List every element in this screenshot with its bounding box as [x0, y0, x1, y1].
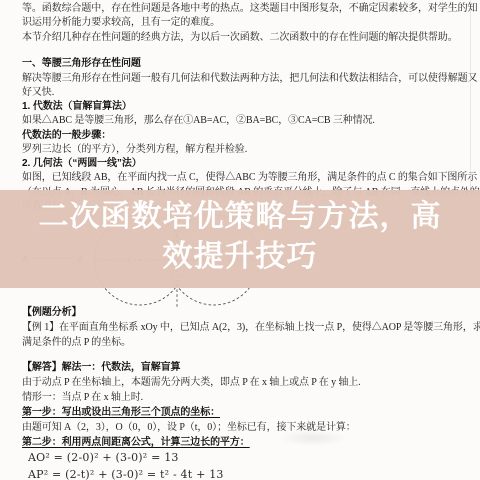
text-line: 由题可知 A（2，3），O（0，0），设 P（t，0）；坐标已有，接下来就是计算…	[22, 420, 466, 435]
text-line: 第二步：利用两点间距离公式，计算三边长的平方：	[22, 435, 466, 450]
text-line: 2. 几何法（“两圆一线”法）	[22, 157, 466, 171]
text-line: AO² = (2-0)² + (3-0)² = 13	[22, 450, 466, 467]
text-line: AP² = (2-t)² + (3-0)² = t² - 4t + 13	[22, 467, 466, 480]
text-line: 【例 1】在平面直角坐标系 xOy 中，已知点 A(2，3)，在坐标轴上找一点 …	[22, 320, 466, 335]
document-bottom-text: 【例题分析】【例 1】在平面直角坐标系 xOy 中，已知点 A(2，3)，在坐标…	[22, 305, 466, 480]
text-line: 本节介绍几种存在性问题的经典方法，为以后一次函数、二次函数中的存在性问题的解决提…	[22, 31, 466, 45]
text-line: 罗列三边长（的平方），分类列方程，解方程并检验.	[22, 143, 466, 157]
banner-title: 二次函数培优策略与方法，高 效提升技巧	[0, 190, 480, 277]
scanned-document-page: 等。函数综合题中，存在性问题是各地中考的热点。这类题目中图形复杂，不确定因素较多…	[0, 0, 480, 480]
text-line: 等。函数综合题中，存在性问题是各地中考的热点。这类题目中图形复杂，不确定因素较多…	[22, 2, 466, 16]
text-line: 由于动点 P 在坐标轴上，本题需先分两大类，即点 P 在 x 轴上或点 P 在 …	[22, 375, 466, 390]
banner-title-line-1: 二次函数培优策略与方法，高	[0, 197, 480, 237]
text-line: 如图，已知线段 AB，在平面内找一点 C，使得△ABC 为等腰三角形，满足条件的…	[22, 171, 466, 185]
document-top-text: 等。函数综合题中，存在性问题是各地中考的热点。这类题目中图形复杂，不确定因素较多…	[22, 2, 466, 214]
text-line: 【例题分析】	[22, 305, 466, 320]
text-line: 代数法的一般步骤：	[22, 129, 466, 143]
text-line: 识运用分析能力要求较高，且有一定的难度。	[22, 16, 466, 30]
text-line: 【解答】解法一：代数法，盲解盲算	[22, 360, 466, 375]
text-line: 好又快.	[22, 86, 466, 100]
banner-title-line-2: 效提升技巧	[0, 237, 480, 277]
text-line: 如果△ABC 是等腰三角形，那么存在①AB=AC，②BA=BC，③CA=CB 三…	[22, 114, 466, 128]
promo-banner: 二次函数培优策略与方法，高 效提升技巧	[0, 190, 480, 288]
text-line: 满足条件的点 P 的坐标。	[22, 335, 466, 350]
text-line: 解决等腰三角形存在性问题一般有几何法和代数法两种方法，把几何法和代数法相结合，可…	[22, 72, 466, 86]
text-line: 第一步：写出或设出三角形三个顶点的坐标：	[22, 405, 466, 420]
text-line: 1. 代数法（盲解盲算法）	[22, 100, 466, 114]
text-line: 一、等腰三角形存在性问题	[22, 57, 466, 71]
text-line: 情形一：当点 P 在 x 轴上时.	[22, 390, 466, 405]
